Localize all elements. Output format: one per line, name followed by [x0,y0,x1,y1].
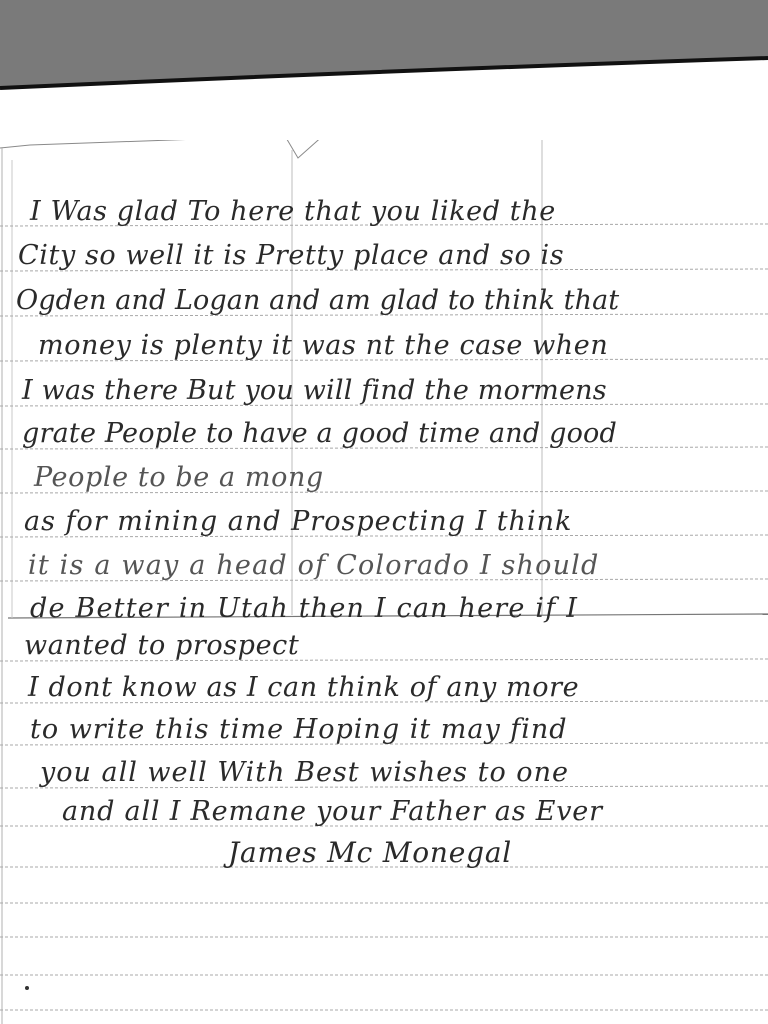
letter-line: I dont know as I can think of any more [28,674,579,701]
scanned-letter-page: I Was glad To here that you liked the Ci… [0,0,768,1024]
signature: James Mc Monegal [228,836,512,869]
letter-sheet: I Was glad To here that you liked the Ci… [0,140,768,1024]
letter-line: it is a way a head of Colorado I should [28,552,600,579]
letter-line: Ogden and Logan and am glad to think tha… [16,287,619,314]
letter-line: People to be a mong [34,464,324,491]
letter-line: you all well With Best wishes to one [40,759,569,786]
letter-line: I was there But you will find the mormen… [22,377,607,404]
letter-line: as for mining and Prospecting I think [24,508,572,535]
letter-line: de Better in Utah then I can here if I [30,595,578,622]
scanner-shadow-band [0,0,768,100]
letter-line: grate People to have a good time and goo… [22,420,617,447]
letter-line: City so well it is Pretty place and so i… [18,242,564,269]
ruled-lines [0,140,768,1024]
letter-line: money is plenty it was nt the case when [38,332,608,359]
letter-line: I Was glad To here that you liked the [30,198,556,225]
letter-line: wanted to prospect [24,632,299,659]
letter-line: to write this time Hoping it may find [30,716,568,743]
letter-line: and all I Remane your Father as Ever [62,798,603,825]
